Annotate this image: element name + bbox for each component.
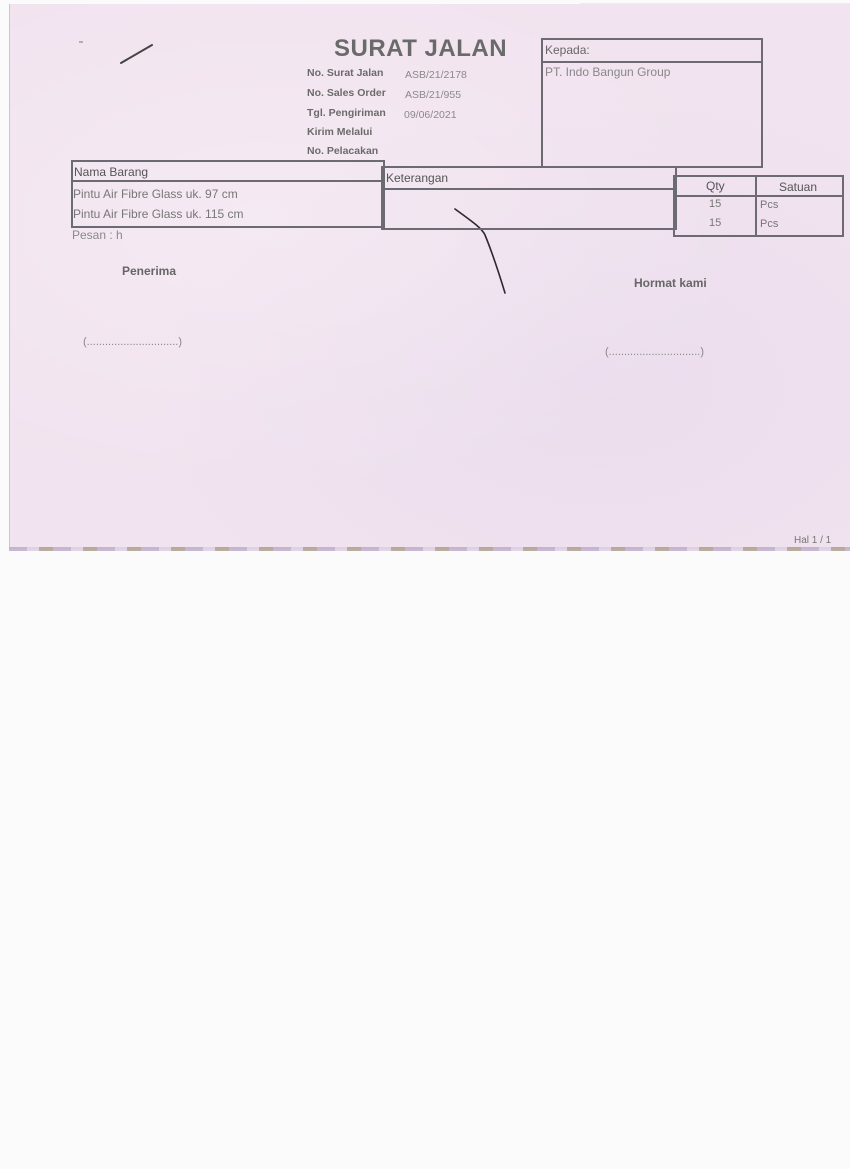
table-header-divider-note — [381, 188, 677, 190]
meta-label-no-pelacakan: No. Pelacakan — [307, 145, 378, 157]
meta-label-tgl-pengiriman: Tgl. Pengiriman — [307, 107, 386, 119]
row-1-qty: 15 — [709, 198, 721, 210]
row-1-item: Pintu Air Fibre Glass uk. 97 cm — [73, 187, 238, 201]
header-qty: Qty — [706, 179, 725, 193]
table-qty-unit-columns — [673, 175, 844, 237]
row-1-unit: Pcs — [760, 199, 778, 211]
header-note: Keterangan — [386, 171, 448, 185]
meta-label-sales-order: No. Sales Order — [307, 87, 386, 99]
recipient-name: PT. Indo Bangun Group — [545, 65, 670, 79]
meta-label-surat-jalan: No. Surat Jalan — [307, 67, 383, 79]
page-number: Hal 1 / 1 — [794, 535, 831, 546]
recipient-label: Kepada: — [545, 43, 590, 57]
row-2-item: Pintu Air Fibre Glass uk. 115 cm — [73, 207, 244, 221]
header-item: Nama Barang — [74, 165, 148, 179]
table-header-divider — [71, 180, 384, 182]
document-title: SURAT JALAN — [334, 35, 507, 63]
receiver-signature-line: (..............................) — [83, 336, 182, 348]
meta-value-tgl-pengiriman: 09/06/2021 — [404, 109, 457, 121]
sender-signature-line: (..............................) — [605, 346, 704, 358]
row-2-unit: Pcs — [760, 218, 778, 230]
recipient-box — [541, 38, 763, 168]
meta-value-sales-order: ASB/21/955 — [405, 89, 461, 101]
recipient-divider — [541, 61, 763, 63]
meta-value-surat-jalan: ASB/21/2178 — [405, 69, 467, 81]
message: Pesan : h — [72, 228, 123, 242]
sender-label: Hormat kami — [634, 276, 707, 290]
receiver-label: Penerima — [122, 264, 176, 278]
table-header-divider-qty — [673, 195, 844, 197]
header-unit: Satuan — [779, 180, 817, 194]
row-2-qty: 15 — [709, 217, 721, 229]
qty-unit-divider — [755, 175, 757, 235]
meta-label-kirim-melalui: Kirim Melalui — [307, 126, 372, 138]
